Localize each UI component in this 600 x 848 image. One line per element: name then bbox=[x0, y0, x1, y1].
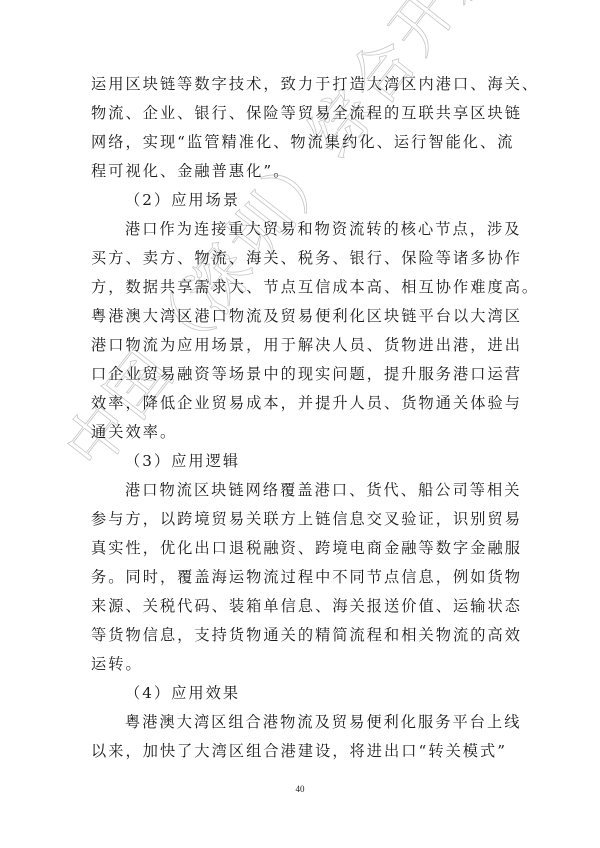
section-heading-effect: （4）应用效果 bbox=[91, 679, 515, 708]
paragraph-line: 等货物信息，支持货物通关的精简流程和相关物流的高效 bbox=[91, 621, 515, 650]
paragraph-line: 方，数据共享需求大、节点互信成本高、相互协作难度高。 bbox=[91, 273, 515, 302]
paragraph-line: 网络，实现“监管精准化、物流集约化、运行智能化、流 bbox=[91, 128, 515, 157]
paragraph-line: 买方、卖方、物流、海关、税务、银行、保险等诸多协作 bbox=[91, 244, 515, 273]
section-heading-logic: （3）应用逻辑 bbox=[91, 447, 515, 476]
paragraph-line: 港口作为连接重大贸易和物资流转的核心节点，涉及 bbox=[91, 215, 515, 244]
paragraph-line: 港口物流为应用场景，用于解决人员、货物进出港，进出 bbox=[91, 331, 515, 360]
paragraph-line: 真实性，优化出口退税融资、跨境电商金融等数字金融服 bbox=[91, 534, 515, 563]
paragraph-line: 粤港澳大湾区组合港物流及贸易便利化服务平台上线 bbox=[91, 708, 515, 737]
page-body: 运用区块链等数字技术，致力于打造大湾区内港口、海关、 物流、企业、银行、保险等贸… bbox=[91, 70, 515, 766]
paragraph-line: 粤港澳大湾区港口物流及贸易便利化区块链平台以大湾区 bbox=[91, 302, 515, 331]
page-number: 40 bbox=[0, 784, 600, 794]
paragraph-line: 通关效率。 bbox=[91, 418, 515, 447]
paragraph-line: 来源、关税代码、装箱单信息、海关报送价值、运输状态 bbox=[91, 592, 515, 621]
paragraph-line: 参与方，以跨境贸易关联方上链信息交叉验证，识别贸易 bbox=[91, 505, 515, 534]
paragraph-line: 务。同时，覆盖海运物流过程中不同节点信息，例如货物 bbox=[91, 563, 515, 592]
document-page: 中国（深圳）综合开发研究院 运用区块链等数字技术，致力于打造大湾区内港口、海关、… bbox=[0, 0, 600, 848]
paragraph-line: 程可视化、金融普惠化”。 bbox=[91, 157, 515, 186]
paragraph-line: 港口物流区块链网络覆盖港口、货代、船公司等相关 bbox=[91, 476, 515, 505]
paragraph-line: 以来，加快了大湾区组合港建设，将进出口“转关模式” bbox=[91, 737, 515, 766]
paragraph-line: 运用区块链等数字技术，致力于打造大湾区内港口、海关、 bbox=[91, 70, 515, 99]
paragraph-line: 效率，降低企业贸易成本，并提升人员、货物通关体验与 bbox=[91, 389, 515, 418]
paragraph-line: 物流、企业、银行、保险等贸易全流程的互联共享区块链 bbox=[91, 99, 515, 128]
paragraph-line: 口企业贸易融资等场景中的现实问题，提升服务港口运营 bbox=[91, 360, 515, 389]
paragraph-line: 运转。 bbox=[91, 650, 515, 679]
section-heading-scenario: （2）应用场景 bbox=[91, 186, 515, 215]
